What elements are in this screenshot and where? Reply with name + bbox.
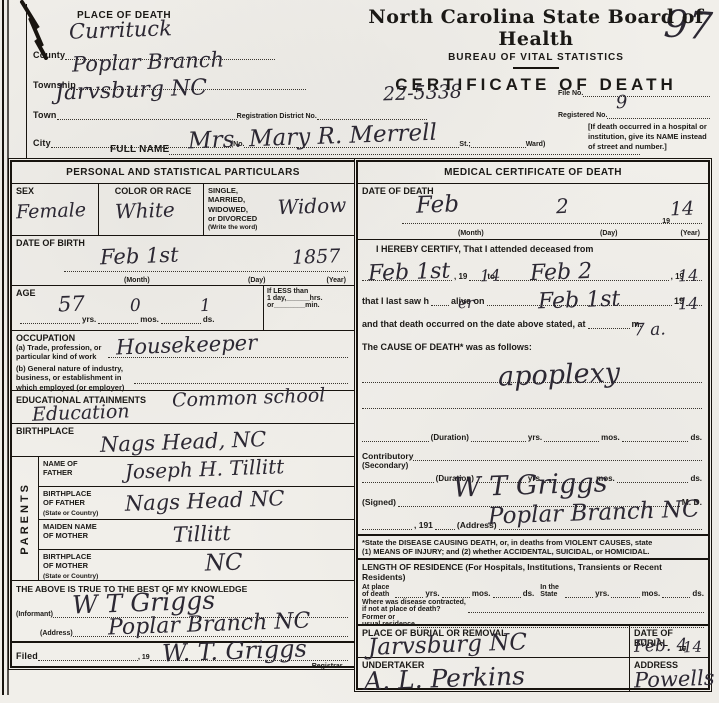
age-days-value: 1 <box>200 298 211 315</box>
personal-section-title: PERSONAL AND STATISTICAL PARTICULARS <box>12 162 354 184</box>
father-state-or-country-note: (State or Country) <box>43 510 98 517</box>
registration-district-line <box>317 107 427 120</box>
date-of-death-label: DATE OF DEATH <box>358 184 708 196</box>
file-no-label: File No. <box>558 90 583 97</box>
town-value: Jarvsburg NC <box>55 77 208 104</box>
contracted-label: Where was disease contracted, if not at … <box>362 599 466 613</box>
filed-label: Filed <box>16 651 38 661</box>
sex-color-marital-row: SEX Female COLOR OR RACE White SINGLE, M… <box>12 184 354 236</box>
in-state-label: In the State <box>540 584 559 598</box>
dob-year-label: (Year) <box>327 277 346 284</box>
residence-title: LENGTH OF RESIDENCE (For Hospitals, Inst… <box>362 562 704 582</box>
mother-birthplace-row: BIRTHPLACE OF MOTHER (State or Country) … <box>39 550 354 580</box>
date-of-death-row: DATE OF DEATH Feb 2 19 14 (Month) (Day) … <box>358 184 708 240</box>
parents-block: PARENTS NAME OF FATHER Joseph H. Tillitt… <box>12 457 354 581</box>
signed-address-row: , 191 (Address) Poplar Branch NC <box>358 512 708 536</box>
father-name-label: NAME OF FATHER <box>39 457 125 486</box>
filed-year-prefix: , 19 <box>138 654 150 661</box>
birthplace-row: BIRTHPLACE Nags Head, NC <box>12 424 354 457</box>
from-year-prefix: , 19 <box>454 272 467 281</box>
undertaker-value: A. L. Perkins <box>364 663 526 694</box>
board-title: North Carolina State Board of Health <box>360 6 712 50</box>
length-of-residence-block: LENGTH OF RESIDENCE (For Hospitals, Inst… <box>358 560 708 626</box>
contributory-label: Contributory <box>362 451 413 461</box>
last-saw-year-hand: 14 <box>677 296 698 313</box>
last-saw-pronoun: er <box>458 296 475 312</box>
informant-address-label: (Address) <box>40 630 73 637</box>
burial-row: PLACE OF BURIAL OR REMOVAL Jarvsburg NC … <box>358 626 708 658</box>
birthplace-value: Nags Head, NC <box>100 429 267 456</box>
at-place-label: At place of death <box>362 584 389 598</box>
at-place-duration: yrs. mos. ds. <box>395 584 534 598</box>
attended-from-year: 14 <box>480 268 501 285</box>
burial-place-value: Jarvsburg NC <box>368 631 528 660</box>
cause-duration-line: (Duration) yrs. mos. ds. <box>362 429 702 442</box>
certify-line: I HEREBY CERTIFY, That I attended deceas… <box>358 240 708 254</box>
registered-no-value: 9 <box>616 94 628 112</box>
attended-to-value: Feb 2 <box>530 261 593 285</box>
dod-year-hand: 14 <box>669 200 694 220</box>
registration-district-label: Registration District No. <box>237 113 317 120</box>
town-label: Town <box>33 110 57 120</box>
dod-line <box>402 223 702 224</box>
full-name-label: FULL NAME <box>110 144 169 155</box>
date-of-birth-row: DATE OF BIRTH Feb 1st 1857 (Month) (Day)… <box>12 236 354 286</box>
parents-vertical-label: PARENTS <box>12 457 39 580</box>
secondary-label: (Secondary) <box>358 461 708 470</box>
medical-certificate-column: MEDICAL CERTIFICATE OF DEATH DATE OF DEA… <box>356 160 710 690</box>
dod-day-value: 2 <box>556 196 569 216</box>
file-no-row: File No. <box>558 84 710 97</box>
undertaker-address-value: Powells Point <box>634 666 719 692</box>
dob-month-label: (Month) <box>124 277 150 284</box>
last-saw-line: that I last saw h alive on 19 <box>362 293 702 306</box>
title-divider <box>513 67 559 69</box>
mother-birthplace-label: BIRTHPLACE OF MOTHER (State or Country) <box>39 550 125 580</box>
personal-particulars-column: PERSONAL AND STATISTICAL PARTICULARS SEX… <box>10 160 356 668</box>
mother-maiden-name-row: MAIDEN NAME OF MOTHER Tillitt <box>39 520 354 550</box>
color-or-race-label: COLOR OR RACE <box>99 184 203 196</box>
registered-no-label: Registered No. <box>558 112 607 119</box>
city-label: City <box>33 138 51 148</box>
age-ds-label: ds. <box>203 315 215 324</box>
education-value-line2: Education <box>32 402 130 424</box>
death-certificate-scan: 97 PLACE OF DEATH County Currituck Towns… <box>0 0 719 703</box>
dob-value: Feb 1st <box>100 245 179 269</box>
father-name-row: NAME OF FATHER Joseph H. Tillitt <box>39 457 354 487</box>
dod-month-value: Feb <box>416 193 460 217</box>
write-the-word-note: (Write the word) <box>208 224 274 231</box>
sex-value: Female <box>16 201 99 223</box>
mother-state-or-country-note: (State or Country) <box>43 573 98 580</box>
cause-label: The CAUSE OF DEATH* was as follows: <box>358 340 708 352</box>
duration-label: (Duration) <box>431 433 469 442</box>
county-label: County <box>33 50 65 60</box>
attended-from-value: Feb 1st <box>368 261 451 286</box>
age-years-value: 57 <box>58 294 85 316</box>
occupation-row: OCCUPATION (a) Trade, profession, or par… <box>12 331 354 391</box>
town-line <box>57 107 237 120</box>
last-saw-prefix: that I last saw h <box>362 296 429 306</box>
undertaker-row: UNDERTAKER A. L. Perkins ADDRESS Powells… <box>358 658 708 692</box>
dob-day-label: (Day) <box>248 277 266 284</box>
dod-year-label: (Year) <box>681 230 700 237</box>
burial-year-hand: 14 <box>683 640 703 656</box>
occupation-a-value: Housekeeper <box>116 333 258 359</box>
mother-maiden-name-label: MAIDEN NAME OF MOTHER <box>39 520 125 549</box>
age-row: AGE yrs. mos. ds. 57 0 1 If LESS than 1 … <box>12 286 354 331</box>
dod-day-label: (Day) <box>600 230 618 237</box>
scan-fold-line <box>7 0 9 695</box>
death-time-value: 7 a. <box>634 321 666 339</box>
mother-maiden-name-value: Tillitt <box>173 523 232 550</box>
cause-footnote: *State the DISEASE CAUSING DEATH, or, in… <box>358 536 708 560</box>
registered-no-row: Registered No. <box>558 106 710 119</box>
filed-row: Filed , 19 W. T. Griggs Registrar. <box>12 643 354 670</box>
father-name-value: Joseph H. Tillitt <box>125 456 285 489</box>
dod-month-label: (Month) <box>458 230 484 237</box>
sex-label: SEX <box>12 184 98 196</box>
father-birthplace-label: BIRTHPLACE OF FATHER (State or Country) <box>39 487 125 519</box>
age-yrs-label: yrs. <box>82 315 96 324</box>
informant-label: (Informant) <box>16 611 53 618</box>
father-birthplace-row: BIRTHPLACE OF FATHER (State or Country) … <box>39 487 354 520</box>
cause-of-death-block: The CAUSE OF DEATH* was as follows: apop… <box>358 340 708 448</box>
bureau-subtitle: BUREAU OF VITAL STATISTICS <box>360 52 712 63</box>
scan-fold-line <box>2 0 4 695</box>
medical-section-title: MEDICAL CERTIFICATE OF DEATH <box>358 162 708 184</box>
file-no-line <box>583 84 710 97</box>
township-value: Poplar Branch <box>72 49 225 75</box>
dod-year-printed: 19 <box>662 218 670 225</box>
education-row: EDUCATIONAL ATTAINMENTS Common school Ed… <box>12 391 354 424</box>
last-saw-date: Feb 1st <box>538 289 621 314</box>
color-or-race-value: White <box>115 198 204 221</box>
age-mos-label: mos. <box>140 315 159 324</box>
signed-label: (Signed) <box>362 497 396 507</box>
mother-birthplace-value: NC <box>205 551 244 580</box>
county-value: Currituck <box>69 18 173 43</box>
signed-value: W T Griggs <box>453 469 608 501</box>
certify-block: I HEREBY CERTIFY, That I attended deceas… <box>358 240 708 340</box>
registrar-signature: W. T. Griggs <box>162 636 308 665</box>
marital-status-value: Widow <box>277 195 347 236</box>
age-months-value: 0 <box>130 298 141 315</box>
attended-to-year: 14 <box>677 268 698 285</box>
if-less-than-box: If LESS than 1 day,______hrs. or________… <box>263 286 354 330</box>
date-191-label: , 191 <box>414 520 433 530</box>
dob-line <box>64 271 348 272</box>
cause-value: apoplexy <box>498 356 709 390</box>
in-state-duration: yrs. mos. ds. <box>565 584 704 598</box>
marital-status-label: SINGLE, MARRIED, WIDOWED, or DIVORCED (W… <box>204 184 278 235</box>
registrar-label: Registrar. <box>312 663 344 670</box>
education-value-line1: Common school <box>172 386 326 410</box>
board-header: North Carolina State Board of Health BUR… <box>360 6 712 95</box>
dob-year-value: 1857 <box>291 247 340 268</box>
father-birthplace-value: Nags Head NC <box>125 488 286 522</box>
